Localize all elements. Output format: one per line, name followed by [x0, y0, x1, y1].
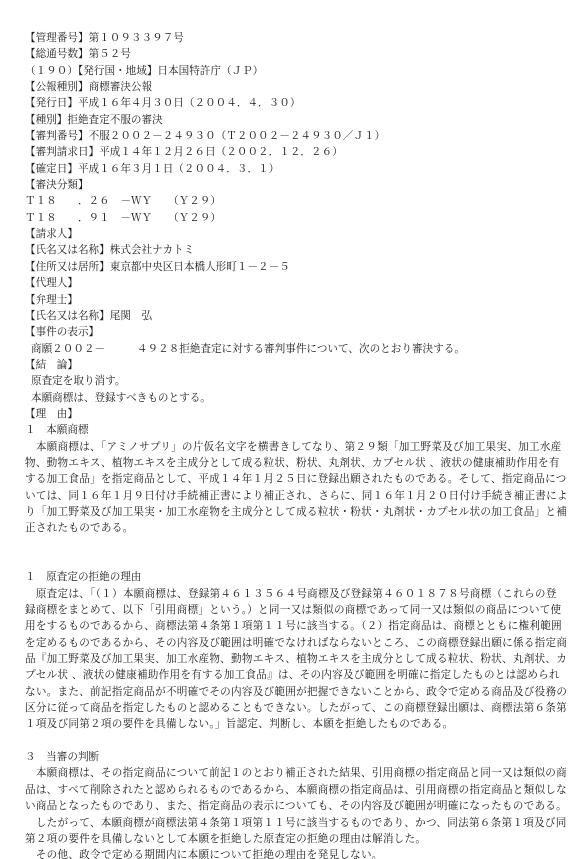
- paragraph-line: 録商標をまとめて、以下「引用商標」という。）と同一又は類似の商標であって同一又は…: [25, 602, 555, 618]
- requester-address: 東京都中央区日本橋人形町１－２－５: [110, 261, 290, 273]
- paragraph-line: ない。また、前記指定商品が不明確でその内容及び範囲が把握できないことから、政令で…: [25, 684, 555, 700]
- paragraph-line: い商品となったものであり、また、指定商品の表示についても、その内容及び範囲が明確…: [25, 798, 555, 814]
- paragraph-line: したがって、本願商標が商標法第４条第１項第１１号に該当するものであり、かつ、同法…: [25, 815, 555, 831]
- field-type: 【種別】拒絶査定不服の審決: [25, 112, 555, 128]
- field-label: 【審判請求日】: [25, 146, 99, 158]
- field-value: 平成１６年３月１日（２００４．３．１）: [78, 163, 279, 175]
- attorney-name-row: 【氏名又は名称】尾関 弘: [25, 308, 555, 324]
- paragraph-line: その他、政令で定める期間内に本願について拒絶の理由を発見しない。: [25, 847, 555, 859]
- field-label: （１９０）【発行国・地域】: [25, 65, 157, 77]
- reasons-heading: 【理 由】: [25, 406, 555, 422]
- field-management-number: 【管理番号】第１０９３３９７号: [25, 30, 555, 46]
- conclusion-heading: 【結 論】: [25, 357, 555, 373]
- paragraph-line: 品『加工野菜及び加工果実、加工水産物、動物エキス、植物エキスを主成分として成る粒…: [25, 651, 555, 667]
- paragraph-line: 区分に従って商品を指定したものと認めることもできない。したがって、この商標登録出…: [25, 700, 555, 716]
- paragraph-line: 本願商標は、その指定商品について前記１のとおり補正された結果、引用商標の指定商品…: [25, 765, 555, 781]
- field-label: 【公報種別】: [25, 81, 89, 93]
- paragraph-line: 用をするものであるから、商標法第４条第１項第１１号に該当する。（２）指定商品は、…: [25, 618, 555, 634]
- field-label: 【氏名又は名称】: [25, 310, 110, 322]
- section-title: １ 原査定の拒絶の理由: [25, 569, 555, 585]
- paragraph-line: 本願商標は、「アミノサプリ」の片仮名文字を横書きしてなり、第２９類「加工野菜及び…: [25, 439, 555, 455]
- field-label: 【氏名又は名称】: [25, 244, 110, 256]
- agent-heading: 【代理人】: [25, 275, 555, 291]
- field-label: 【住所又は居所】: [25, 261, 110, 273]
- field-value: 日本国特許庁（ＪＰ）: [157, 65, 263, 77]
- field-total-issue-number: 【総通号数】第５２号: [25, 46, 555, 62]
- field-issue-date: 【発行日】平成１６年４月３０日（２００４．４．３０）: [25, 95, 555, 111]
- case-heading: 【事件の表示】: [25, 324, 555, 340]
- paragraph-line: １項及び同第２項の要件を具備しない。」旨認定、判断し、本願を拒絶したものである。: [25, 716, 555, 732]
- field-label: 【管理番号】: [25, 32, 89, 44]
- paragraph-line: り「加工野菜及び加工果実・加工水産物を主成分として成る粒状・粉状・丸剤状・カプセ…: [25, 504, 555, 520]
- conclusion-line: 原査定を取り消す。: [25, 373, 555, 389]
- field-value: 第５２号: [89, 48, 131, 60]
- field-final-date: 【確定日】平成１６年３月１日（２００４．３．１）: [25, 161, 555, 177]
- field-label: 【種別】: [25, 114, 67, 126]
- trademark-decision-document: 【管理番号】第１０９３３９７号 【総通号数】第５２号 （１９０）【発行国・地域】…: [25, 30, 555, 859]
- spacer: [25, 537, 555, 553]
- field-label: 【発行日】: [25, 97, 78, 109]
- attorney-heading: 【弁理士】: [25, 292, 555, 308]
- field-value: 平成１４年１２月２６日（２００２．１２．２６）: [99, 146, 343, 158]
- field-publication-type: 【公報種別】商標審決公報: [25, 79, 555, 95]
- case-text: 商願２００２－ ４９２８拒絶査定に対する審判事件について、次のとおり審決する。: [25, 341, 555, 357]
- field-label: 【審決分類】: [25, 179, 89, 191]
- paragraph-line: 正されたものである。: [25, 520, 555, 536]
- paragraph-line: 原査定は、「（１）本願商標は、登録第４６１３５６４号商標及び登録第４６０１８７８…: [25, 586, 555, 602]
- paragraph-line: 物、動物エキス、植物エキスを主成分として成る粒状、粉状、丸剤状、カプセル状 、液…: [25, 455, 555, 471]
- field-decision-classification: 【審決分類】: [25, 177, 555, 193]
- attorney-name: 尾関 弘: [110, 310, 152, 322]
- requester-name: 株式会社ナカトミ: [110, 244, 195, 256]
- requester-address-row: 【住所又は居所】東京都中央区日本橋人形町１－２－５: [25, 259, 555, 275]
- paragraph-line: 品は、すべて削除されたと認められるものであるから、本願商標の指定商品は、引用商標…: [25, 782, 555, 798]
- conclusion-line: 本願商標は、登録すべきものとする。: [25, 390, 555, 406]
- paragraph-line: を定めるものであるから、その内容及び範囲は明確でなければならないところ、この商標…: [25, 635, 555, 651]
- field-value: 拒絶査定不服の審決: [67, 114, 162, 126]
- field-issuing-country: （１９０）【発行国・地域】日本国特許庁（ＪＰ）: [25, 63, 555, 79]
- paragraph-line: 第２項の要件を具備しないとして本願を拒絶した原査定の拒絶の理由は解消した。: [25, 831, 555, 847]
- field-value: 平成１６年４月３０日（２００４．４．３０）: [78, 97, 300, 109]
- field-label: 【確定日】: [25, 163, 78, 175]
- classification-code: Ｔ１８ ．２６ －ＷＹ （Ｙ２９）: [25, 193, 555, 209]
- field-appeal-request-date: 【審判請求日】平成１４年１２月２６日（２００２．１２．２６）: [25, 144, 555, 160]
- paragraph-line: プセル状 、液状の健康補助作用を有する加工食品』は、その内容及び範囲を明確に指定…: [25, 667, 555, 683]
- field-value: 第１０９３３９７号: [89, 32, 184, 44]
- field-label: 【審判番号】: [25, 130, 89, 142]
- section-title: ３ 当審の判断: [25, 749, 555, 765]
- field-value: 不服２００２－２４９３０（Ｔ２００２－２４９３０／Ｊ１）: [89, 130, 386, 142]
- field-appeal-number: 【審判番号】不服２００２－２４９３０（Ｔ２００２－２４９３０／Ｊ１）: [25, 128, 555, 144]
- field-label: 【総通号数】: [25, 48, 89, 60]
- requester-name-row: 【氏名又は名称】株式会社ナカトミ: [25, 242, 555, 258]
- spacer: [25, 553, 555, 569]
- paragraph-line: いては、同１６年１月９日付け手続補正書により補正され、さらに、同１６年１月２０日…: [25, 488, 555, 504]
- paragraph-line: する加工食品」を指定商品として、平成１４年１月２５日に登録出願されたものである。…: [25, 471, 555, 487]
- section-title: １ 本願商標: [25, 422, 555, 438]
- classification-code: Ｔ１８ ．９１ －ＷＹ （Ｙ２９）: [25, 210, 555, 226]
- spacer: [25, 733, 555, 749]
- field-value: 商標審決公報: [89, 81, 153, 93]
- requester-heading: 【請求人】: [25, 226, 555, 242]
